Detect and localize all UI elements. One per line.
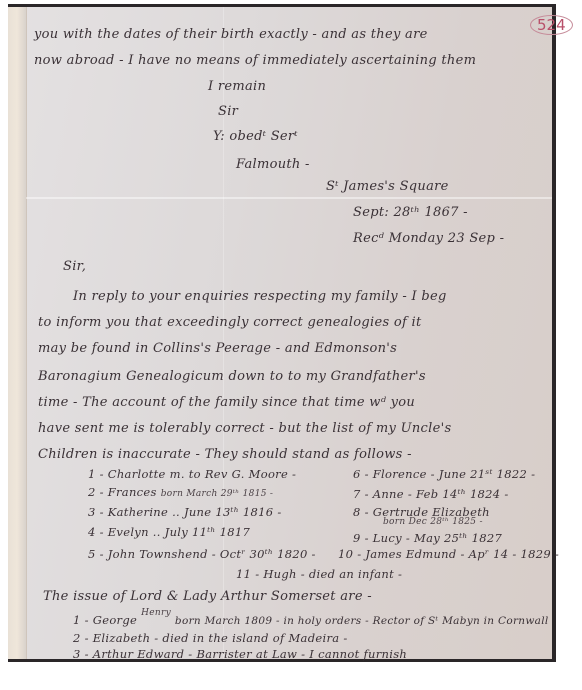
address-place: Sᵗ James's Square [326, 179, 449, 194]
closing-servant: Y: obedᵗ Serᵗ [213, 129, 298, 144]
body-line-3: may be found in Collins's Peerage - and … [38, 341, 397, 356]
body-line-5: time - The account of the family since t… [38, 395, 415, 410]
body-line-2: to inform you that exceedingly correct g… [38, 315, 422, 330]
body-line-6: have sent me is tolerably correct - but … [38, 421, 451, 436]
body-line-1: In reply to your enquiries respecting my… [73, 289, 447, 304]
issue-entry-2: 2 - Elizabeth - died in the island of Ma… [73, 631, 348, 645]
child-entry-8: 8 - Gertrude Elizabeth born Dec 28ᵗʰ 182… [353, 505, 490, 527]
child-entry-2: 2 - Frances born March 29ᵗʰ 1815 - [88, 485, 273, 499]
issue-entry-1: 1 - George Henry born March 1809 - in ho… [73, 613, 549, 627]
child-entry-1: 1 - Charlotte m. to Rev G. Moore - [88, 467, 296, 481]
child-entry-10: 10 - James Edmund - Apʳ 14 - 1829 - [338, 547, 559, 561]
salutation: Sir, [63, 259, 86, 274]
closing-remain: I remain [208, 79, 266, 94]
child-entry-9: 9 - Lucy - May 25ᵗʰ 1827 [353, 531, 502, 545]
child-entry-11: 11 - Hugh - died an infant - [236, 567, 402, 581]
continuation-line-1: you with the dates of their birth exactl… [34, 27, 428, 42]
issue-intro: The issue of Lord & Lady Arthur Somerset… [43, 589, 372, 604]
letter-date: Sept: 28ᵗʰ 1867 - [353, 205, 468, 220]
received-note: Recᵈ Monday 23 Sep - [353, 231, 504, 246]
child-entry-5: 5 - John Townshend - Octʳ 30ᵗʰ 1820 - [88, 547, 316, 561]
continuation-line-2: now abroad - I have no means of immediat… [34, 53, 476, 68]
child-entry-6: 6 - Florence - June 21ˢᵗ 1822 - [353, 467, 535, 481]
fold-crease-horizontal [26, 197, 552, 199]
child-entry-4: 4 - Evelyn .. July 11ᵗʰ 1817 [88, 525, 250, 539]
issue-entry-3: 3 - Arthur Edward - Barrister at Law - I… [73, 647, 407, 661]
catalog-number: 524 [530, 15, 573, 35]
child-entry-7: 7 - Anne - Feb 14ᵗʰ 1824 - [353, 487, 509, 501]
signature: Falmouth - [236, 157, 310, 172]
letter-page: 524 you with the dates of their birth ex… [8, 4, 556, 662]
closing-sir: Sir [218, 104, 238, 119]
folded-margin-strip [8, 7, 27, 659]
body-line-7: Children is inaccurate - They should sta… [38, 447, 412, 462]
body-line-4: Baronagium Genealogicum down to to my Gr… [38, 369, 426, 384]
child-entry-3: 3 - Katherine .. June 13ᵗʰ 1816 - [88, 505, 282, 519]
